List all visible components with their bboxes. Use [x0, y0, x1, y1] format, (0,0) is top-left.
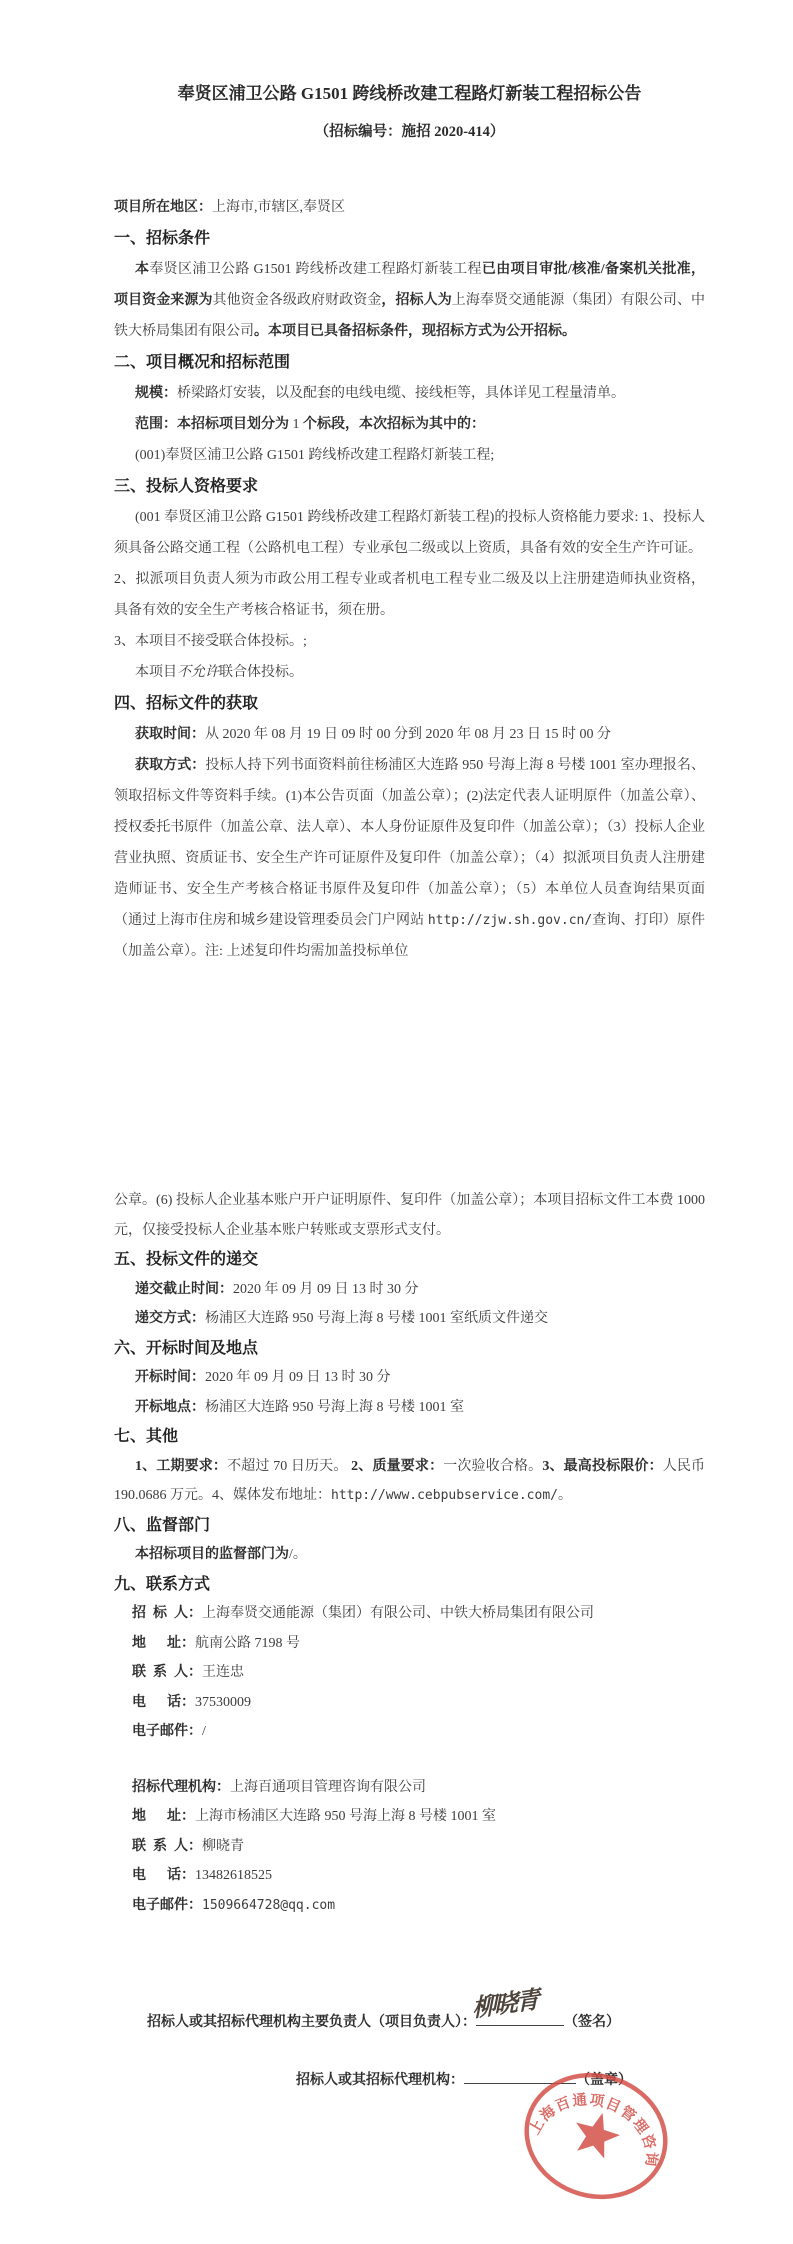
agency-name-value: 上海百通项目管理咨询有限公司	[230, 1780, 426, 1795]
tenderer-email-value: /	[202, 1724, 206, 1739]
tenderer-contact-line: 联 系 人：王连忠	[114, 1658, 705, 1688]
section-8-heading: 八、监督部门	[114, 1511, 705, 1541]
agency-name-label: 招标代理机构：	[132, 1780, 230, 1795]
document-page: 奉贤区浦卫公路 G1501 跨线桥改建工程路灯新装工程招标公告 （招标编号：施招…	[0, 0, 793, 2244]
qualification-paragraph-2: 2、拟派项目负责人须为市政公用工程专业或者机电工程专业二级及以上注册建造师执业资…	[114, 564, 705, 626]
submit-method-label: 递交方式：	[135, 1311, 205, 1326]
agency-address-line: 地 址：上海市杨浦区大连路 950 号海上海 8 号楼 1001 室	[114, 1802, 705, 1832]
price-limit-label: 3、最高投标限价：	[542, 1459, 662, 1474]
agency-phone-label: 电 话：	[132, 1868, 195, 1883]
responsible-person-signature-line: 招标人或其招标代理机构主要负责人（项目负责人）：柳晓青（签名）	[114, 2008, 705, 2038]
lot-count: 1	[289, 417, 303, 432]
text-segment: 。本项目已具备招标条件，现招标方式为公开招标。	[254, 324, 576, 339]
agency-name-line: 招标代理机构：上海百通项目管理咨询有限公司	[114, 1773, 705, 1803]
submit-deadline-value: 2020 年 09 月 09 日 13 时 30 分	[233, 1282, 419, 1297]
section-3-heading: 三、投标人资格要求	[114, 471, 705, 502]
tenderer-email-label: 电子邮件：	[132, 1724, 202, 1739]
obtain-method-paragraph-1: 获取方式：投标人持下列书面资料前往杨浦区大连路 950 号海上海 8 号楼 10…	[114, 750, 705, 967]
open-time-value: 2020 年 09 月 09 日 13 时 30 分	[205, 1370, 391, 1385]
scale-label: 规模：	[135, 386, 177, 401]
agency-address-value: 上海市杨浦区大连路 950 号海上海 8 号楼 1001 室	[195, 1809, 496, 1824]
duration-value: 不超过 70 日历天。	[227, 1459, 351, 1474]
agency-contact-line: 联 系 人：柳晓青	[114, 1832, 705, 1862]
section-5-heading: 五、投标文件的递交	[114, 1245, 705, 1275]
not-allowed-italic: 不允许	[177, 665, 219, 680]
tenderer-name-label: 招 标 人：	[132, 1606, 202, 1621]
signature-line2-suffix: （盖章）	[576, 2073, 632, 2088]
open-place-line: 开标地点：杨浦区大连路 950 号海上海 8 号楼 1001 室	[114, 1393, 705, 1423]
tenderer-address-value: 航南公路 7198 号	[195, 1636, 300, 1651]
page-break-gap	[114, 967, 705, 1186]
page-2-content: 公章。(6) 投标人企业基本账户开户证明原件、复印件（加盖公章）；本项目招标文件…	[114, 1186, 705, 2095]
qualification-paragraph-1: (001 奉贤区浦卫公路 G1501 跨线桥改建工程路灯新装工程)的投标人资格能…	[114, 502, 705, 564]
tenderer-name-line: 招 标 人：上海奉贤交通能源（集团）有限公司、中铁大桥局集团有限公司	[114, 1599, 705, 1629]
tenderer-phone-line: 电 话：37530009	[114, 1688, 705, 1718]
tenderer-address-label: 地 址：	[132, 1636, 195, 1651]
tenderer-address-line: 地 址：航南公路 7198 号	[114, 1629, 705, 1659]
agency-contact-value: 柳晓青	[202, 1839, 244, 1854]
text-segment: 联合体投标。	[219, 665, 303, 680]
obtain-method-label: 获取方式：	[135, 758, 205, 773]
media-url: http://www.cebpubservice.com/	[331, 1488, 558, 1503]
text-segment: 本项目	[135, 665, 177, 680]
agency-stamp-line: 招标人或其招标代理机构：（盖章）	[114, 2066, 705, 2096]
tenderer-contact-value: 王连忠	[202, 1665, 244, 1680]
zjw-url: http://zjw.sh.gov.cn/	[428, 913, 592, 928]
section-1-heading: 一、招标条件	[114, 223, 705, 254]
section-1-paragraph: 本奉贤区浦卫公路 G1501 跨线桥改建工程路灯新装工程已由项目审批/核准/备案…	[114, 254, 705, 347]
scale-value: 桥梁路灯安装，以及配套的电线电缆、接线柜等，具体详见工程量清单。	[177, 386, 625, 401]
project-name: 奉贤区浦卫公路 G1501 跨线桥改建工程路灯新装工程	[149, 262, 482, 277]
section-2-heading: 二、项目概况和招标范围	[114, 347, 705, 378]
location-value: 上海市,市辖区,奉贤区	[212, 200, 345, 215]
open-place-value: 杨浦区大连路 950 号海上海 8 号楼 1001 室	[205, 1400, 464, 1415]
supervision-label: 本招标项目的监督部门为	[135, 1547, 289, 1562]
section-6-heading: 六、开标时间及地点	[114, 1334, 705, 1364]
fund-source: 其他资金各级政府财政资金	[213, 293, 382, 308]
submit-deadline-label: 递交截止时间：	[135, 1282, 233, 1297]
agency-phone-value: 13482618525	[195, 1868, 272, 1883]
agency-phone-line: 电 话：13482618525	[114, 1861, 705, 1891]
handwritten-signature: 柳晓青	[472, 1985, 538, 2024]
text-segment: ，招标人为	[381, 293, 451, 308]
qualification-paragraph-3: 3、本项目不接受联合体投标。;	[114, 626, 705, 657]
text-segment: 本	[135, 262, 149, 277]
tenderer-phone-label: 电 话：	[132, 1695, 195, 1710]
location-label: 项目所在地区：	[114, 200, 212, 215]
text-segment: 本招标项目划分为	[177, 417, 289, 432]
scale-line: 规模：桥梁路灯安装，以及配套的电线电缆、接线柜等，具体详见工程量清单。	[114, 378, 705, 409]
scope-label: 范围：	[135, 417, 177, 432]
stamp-underline	[464, 2068, 576, 2084]
submit-method-line: 递交方式：杨浦区大连路 950 号海上海 8 号楼 1001 室纸质文件递交	[114, 1304, 705, 1334]
media-label: 4、媒体发布地址：	[212, 1488, 331, 1503]
tenderer-contact-label: 联 系 人：	[132, 1665, 202, 1680]
open-time-label: 开标时间：	[135, 1370, 205, 1385]
signature-line2-label: 招标人或其招标代理机构：	[296, 2073, 464, 2088]
submit-method-value: 杨浦区大连路 950 号海上海 8 号楼 1001 室纸质文件递交	[205, 1311, 548, 1326]
lot-line: (001)奉贤区浦卫公路 G1501 跨线桥改建工程路灯新装工程;	[114, 440, 705, 471]
supervision-value: /。	[289, 1547, 307, 1562]
agency-address-label: 地 址：	[132, 1809, 195, 1824]
project-location-line: 项目所在地区：上海市,市辖区,奉贤区	[114, 192, 705, 223]
obtain-time-line: 获取时间：从 2020 年 08 月 19 日 09 时 00 分到 2020 …	[114, 719, 705, 750]
supervision-line: 本招标项目的监督部门为/。	[114, 1540, 705, 1570]
tenderer-name-value: 上海奉贤交通能源（集团）有限公司、中铁大桥局集团有限公司	[202, 1606, 594, 1621]
tenderer-phone-value: 37530009	[195, 1695, 251, 1710]
agency-email-line: 电子邮件：1509664728@qq.com	[114, 1891, 705, 1921]
section-4-heading: 四、招标文件的获取	[114, 688, 705, 719]
signature-line1-suffix: （签名）	[564, 2015, 620, 2030]
section-9-heading: 九、联系方式	[114, 1570, 705, 1600]
obtain-time-label: 获取时间：	[135, 727, 205, 742]
document-subtitle: （招标编号：施招 2020-414）	[94, 121, 725, 143]
open-time-line: 开标时间：2020 年 09 月 09 日 13 时 30 分	[114, 1363, 705, 1393]
seal-star-icon	[569, 2107, 625, 2161]
submit-deadline-line: 递交截止时间：2020 年 09 月 09 日 13 时 30 分	[114, 1275, 705, 1305]
agency-contact-label: 联 系 人：	[132, 1839, 202, 1854]
text-segment: 。	[558, 1488, 572, 1503]
consortium-line: 本项目不允许联合体投标。	[114, 657, 705, 688]
agency-email-value: 1509664728@qq.com	[202, 1898, 335, 1913]
text-segment: 投标人持下列书面资料前往杨浦区大连路 950 号海上海 8 号楼 1001 室办…	[114, 758, 705, 928]
duration-label: 1、工期要求：	[135, 1459, 227, 1474]
quality-label: 2、质量要求：	[351, 1459, 443, 1474]
signature-line1-label: 招标人或其招标代理机构主要负责人（项目负责人）：	[147, 2015, 476, 2030]
agency-email-label: 电子邮件：	[132, 1898, 202, 1913]
open-place-label: 开标地点：	[135, 1400, 205, 1415]
tenderer-contact-block: 招 标 人：上海奉贤交通能源（集团）有限公司、中铁大桥局集团有限公司 地 址：航…	[114, 1599, 705, 1747]
obtain-method-paragraph-2: 公章。(6) 投标人企业基本账户开户证明原件、复印件（加盖公章）；本项目招标文件…	[114, 1186, 705, 1245]
other-items-paragraph: 1、工期要求：不超过 70 日历天。 2、质量要求：一次验收合格。3、最高投标限…	[114, 1452, 705, 1511]
agency-contact-block: 招标代理机构：上海百通项目管理咨询有限公司 地 址：上海市杨浦区大连路 950 …	[114, 1773, 705, 1921]
tenderer-email-line: 电子邮件：/	[114, 1717, 705, 1747]
section-7-heading: 七、其他	[114, 1422, 705, 1452]
text-segment: 个标段，本次招标为其中的：	[303, 417, 485, 432]
quality-value: 一次验收合格。	[443, 1459, 542, 1474]
document-title: 奉贤区浦卫公路 G1501 跨线桥改建工程路灯新装工程招标公告	[94, 82, 725, 106]
signature-underline: 柳晓青	[476, 2010, 564, 2026]
scope-line: 范围：本招标项目划分为 1 个标段，本次招标为其中的：	[114, 409, 705, 440]
obtain-time-value: 从 2020 年 08 月 19 日 09 时 00 分到 2020 年 08 …	[205, 727, 611, 742]
